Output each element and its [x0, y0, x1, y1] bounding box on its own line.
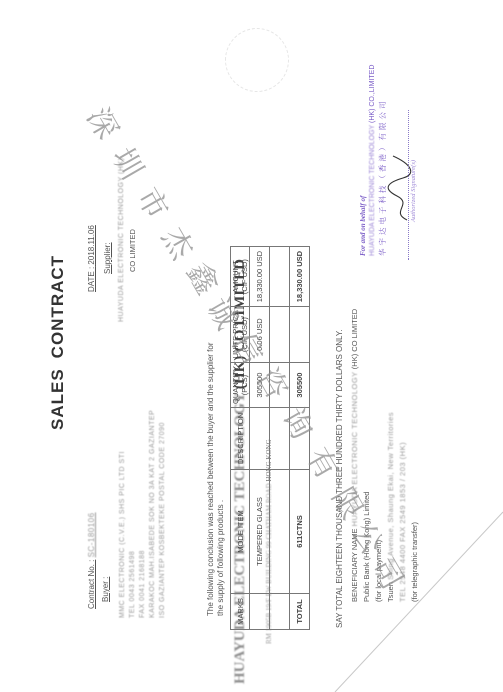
- paper-fold-line: [0, 0, 503, 692]
- rotated-document-page: HUAYUDA ELECTRONIC TECHNOLOGY (HK) CO LI…: [0, 0, 503, 692]
